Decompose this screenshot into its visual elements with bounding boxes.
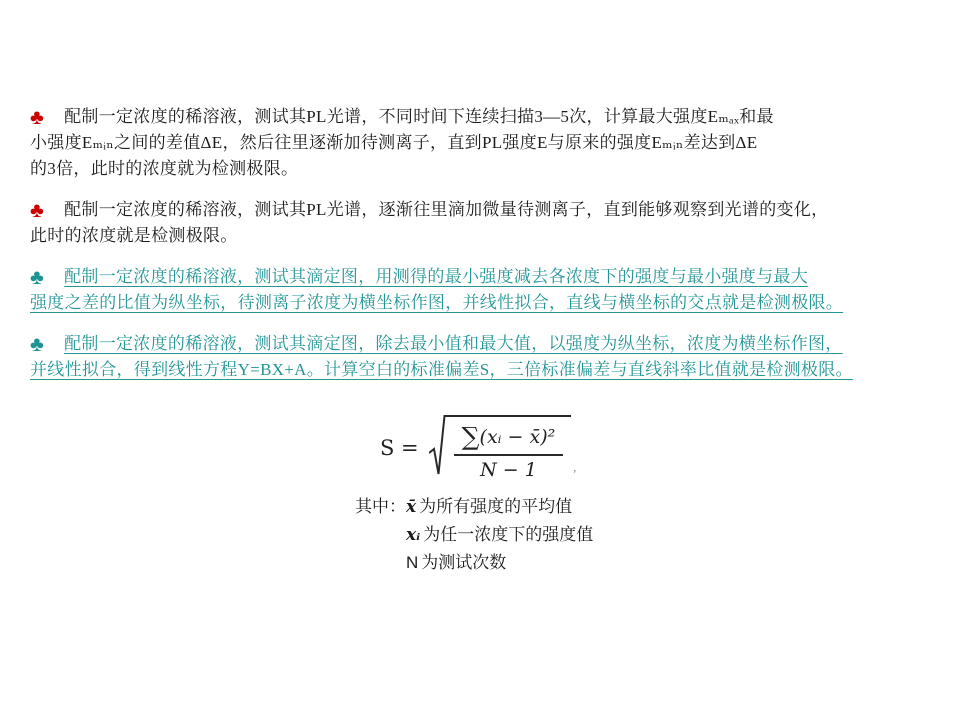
bullet-3-line-2: 强度之差的比值为纵坐标，待测离子浓度为横坐标作图，并线性拟合，直线与横坐标的交点… — [30, 293, 843, 312]
club-bullet-icon: ♣ — [30, 334, 44, 355]
formula-trailing-mark: , — [573, 460, 576, 475]
formula-lhs: S = — [380, 436, 419, 460]
numerator-expression: (xᵢ − x̄)² — [480, 426, 556, 448]
formula-numerator: ∑(xᵢ − x̄)² — [454, 422, 564, 456]
bullet-paragraph-1: ♣配制一定浓度的稀溶液，测试其PL光谱，不同时间下连续扫描3—5次，计算最大强度… — [30, 104, 934, 182]
explanation-text-1: 为所有强度的平均值 — [419, 497, 572, 516]
std-deviation-formula: S = ∑(xᵢ − x̄)² N − 1 , — [380, 415, 934, 481]
slide-content: ♣配制一定浓度的稀溶液，测试其PL光谱，不同时间下连续扫描3—5次，计算最大强度… — [30, 104, 934, 576]
bullet-2-line-1: 配制一定浓度的稀溶液，测试其PL光谱，逐渐往里滴加微量待测离子，直到能够观察到光… — [64, 200, 828, 219]
formula-denominator: N − 1 — [480, 456, 537, 481]
bullet-4-line-1: 配制一定浓度的稀溶液，测试其滴定图，除去最小值和最大值，以强度为纵坐标，浓度为横… — [64, 334, 843, 353]
fraction: ∑(xᵢ − x̄)² N − 1 — [454, 422, 564, 481]
bullet-3-line-1: 配制一定浓度的稀溶液，测试其滴定图，用测得的最小强度减去各浓度下的强度与最小强度… — [64, 267, 808, 286]
bullet-2-line-2: 此时的浓度就是检测极限。 — [30, 226, 238, 245]
club-bullet-icon: ♣ — [30, 107, 44, 128]
explanation-line-1: 其中：x̄为所有强度的平均值 — [355, 493, 934, 521]
bullet-paragraph-2: ♣配制一定浓度的稀溶液，测试其PL光谱，逐渐往里滴加微量待测离子，直到能够观察到… — [30, 197, 934, 249]
symbol-n: N — [406, 553, 418, 572]
explanation-line-3: N为测试次数 — [355, 549, 934, 576]
explanation-text-2: 为任一浓度下的强度值 — [423, 525, 593, 544]
club-bullet-icon: ♣ — [30, 200, 44, 221]
radicand: ∑(xᵢ − x̄)² N − 1 — [446, 415, 572, 481]
club-bullet-icon: ♣ — [30, 267, 44, 288]
symbol-xbar: x̄ — [406, 497, 416, 517]
sigma-symbol: ∑ — [462, 422, 480, 451]
bullet-paragraph-3: ♣配制一定浓度的稀溶液，测试其滴定图，用测得的最小强度减去各浓度下的强度与最小强… — [30, 264, 934, 316]
bullet-4-line-2: 并线性拟合，得到线性方程Y=BX+A。计算空白的标准偏差S，三倍标准偏差与直线斜… — [30, 360, 853, 379]
bullet-1-line-2: 小强度Eₘᵢₙ之间的差值ΔE，然后往里逐渐加待测离子，直到PL强度E与原来的强度… — [30, 133, 757, 152]
explanation-text-3: 为测试次数 — [421, 553, 506, 572]
square-root: ∑(xᵢ − x̄)² N − 1 — [429, 415, 572, 481]
bullet-paragraph-4: ♣配制一定浓度的稀溶液，测试其滴定图，除去最小值和最大值，以强度为纵坐标，浓度为… — [30, 331, 934, 383]
radical-sign-icon — [429, 415, 446, 479]
bullet-1-line-3: 的3倍，此时的浓度就为检测极限。 — [30, 159, 298, 178]
slide: ♣配制一定浓度的稀溶液，测试其PL光谱，不同时间下连续扫描3—5次，计算最大强度… — [0, 0, 960, 720]
explanation-line-2: xᵢ为任一浓度下的强度值 — [355, 521, 934, 549]
bullet-1-line-1: 配制一定浓度的稀溶液，测试其PL光谱，不同时间下连续扫描3—5次，计算最大强度E… — [64, 107, 774, 126]
explanation-intro: 其中： — [355, 497, 406, 516]
symbol-explanation: 其中：x̄为所有强度的平均值 xᵢ为任一浓度下的强度值 N为测试次数 — [355, 493, 934, 576]
symbol-xi: xᵢ — [406, 525, 420, 545]
